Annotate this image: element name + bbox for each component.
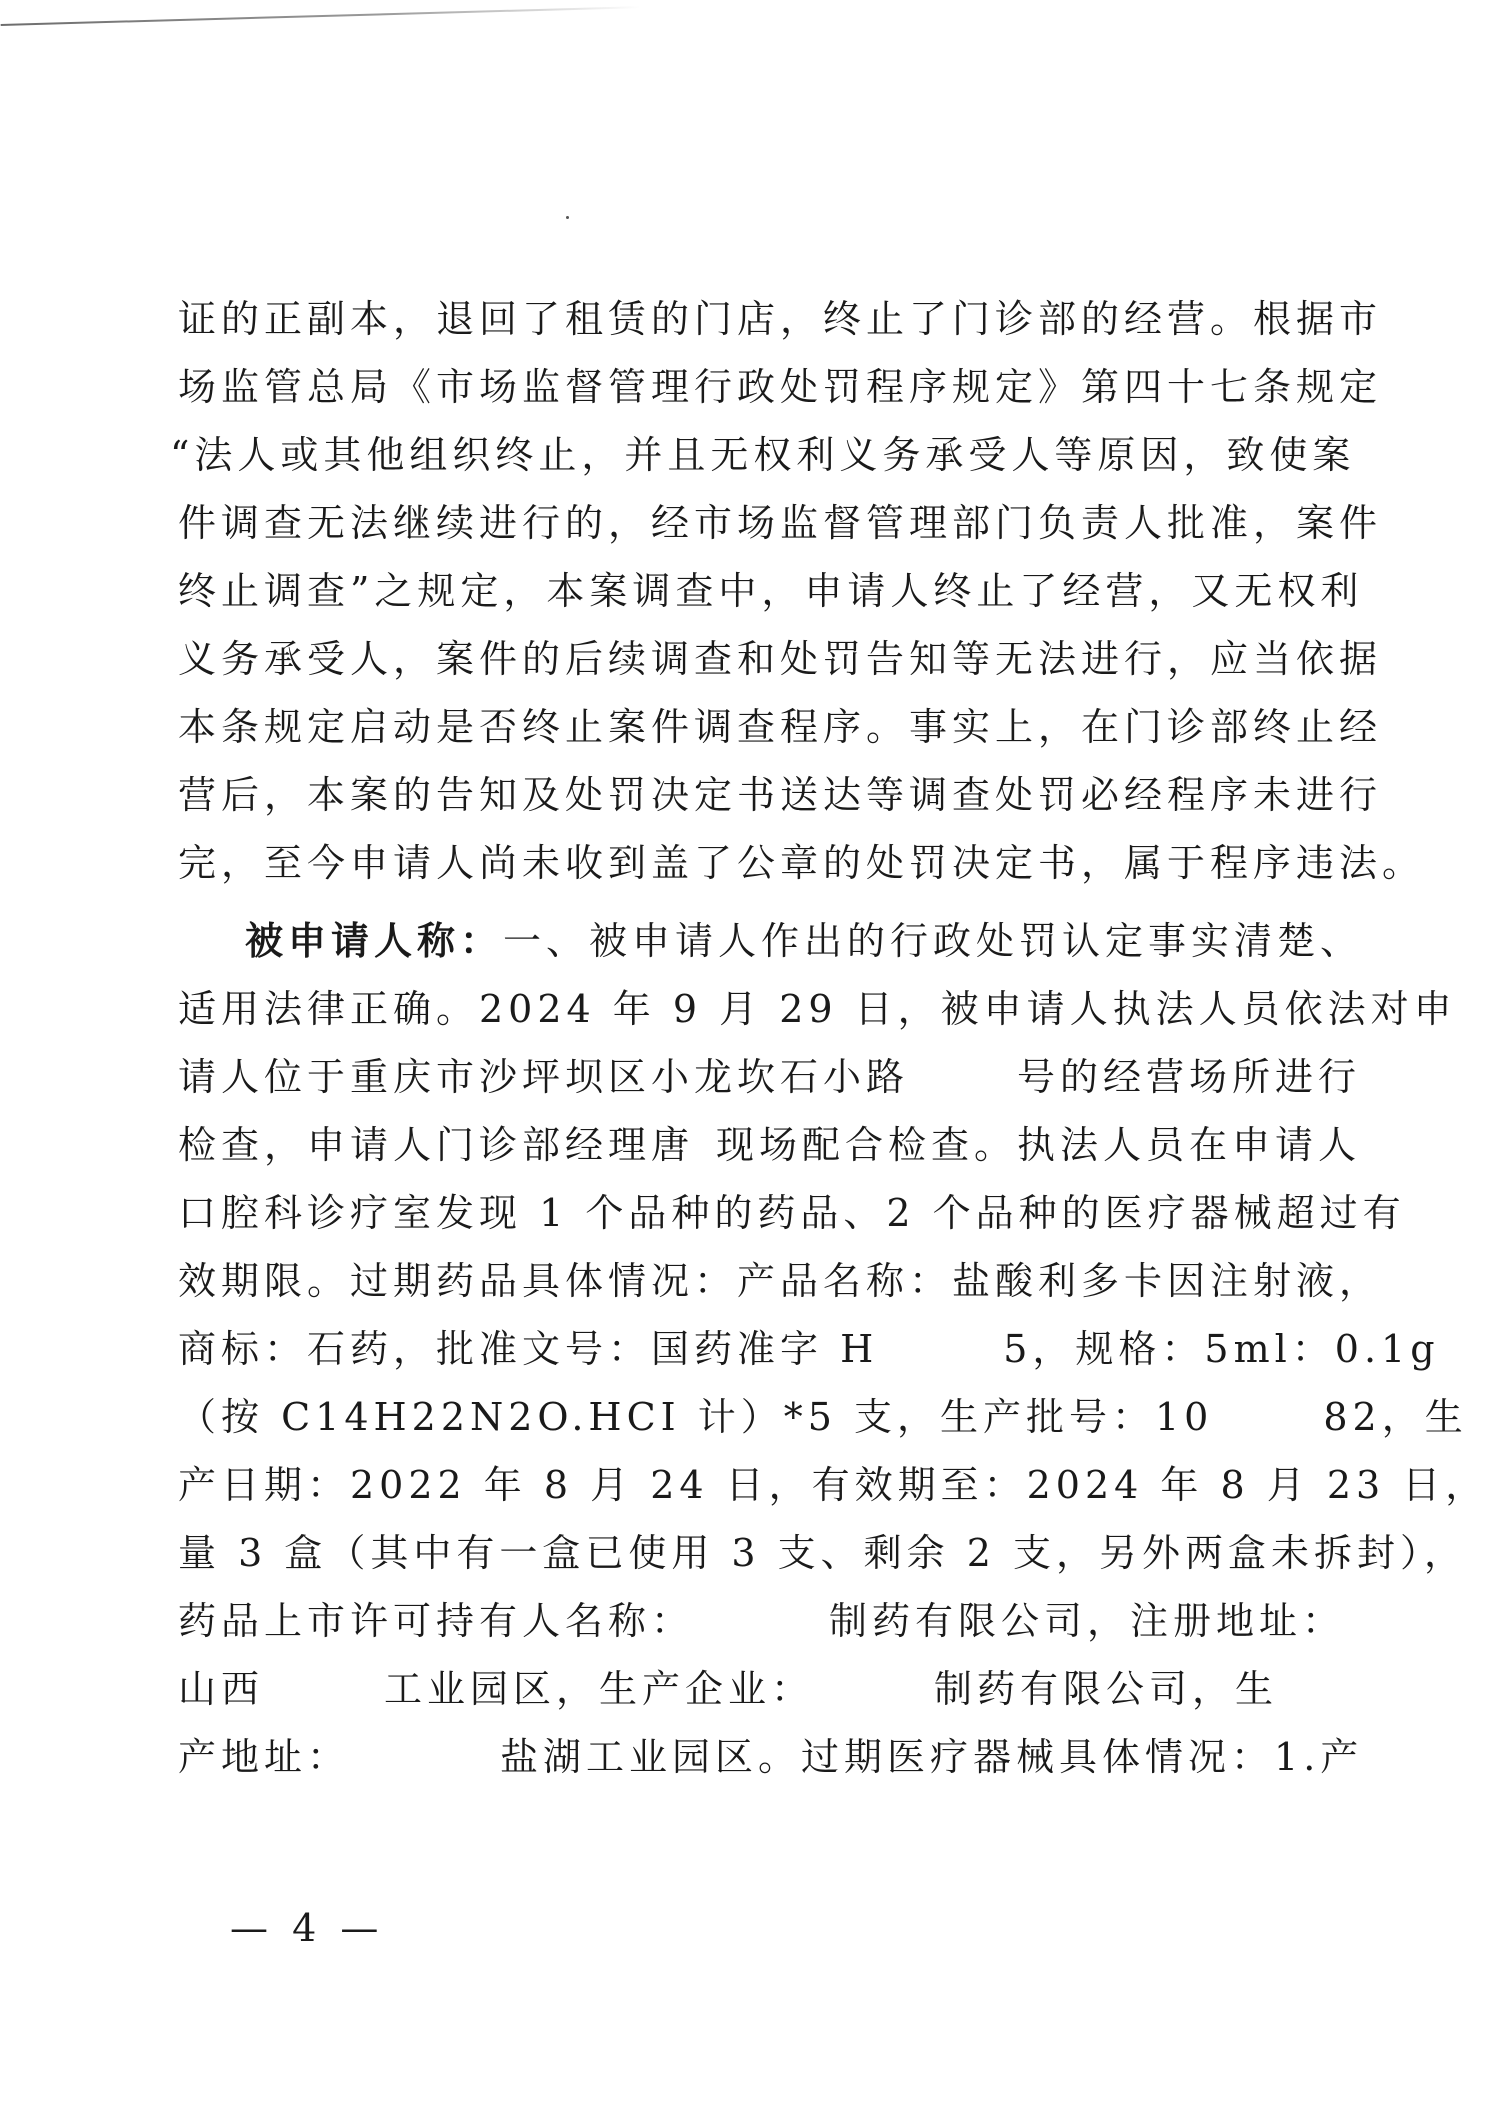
text-segment: 工业园区，生产企业： xyxy=(384,1667,814,1711)
text-line-5: 终止调查”之规定，本案调查中，申请人终止了经营，又无权利 xyxy=(178,568,1278,614)
text-line-9: 完，至今申请人尚未收到盖了公章的处罚决定书，属于程序违法。 xyxy=(178,840,1278,886)
text-segment: 检查，申请人门诊部经理唐 xyxy=(178,1123,694,1167)
text-line-17: （按 C14H22N2O.HCI 计）*5 支，生产批号：1082，生 xyxy=(178,1394,1278,1440)
text-line-15: 效期限。过期药品具体情况：产品名称：盐酸利多卡因注射液， xyxy=(178,1258,1278,1304)
text-segment: 药品上市许可持有人名称： xyxy=(178,1599,694,1643)
text-line-11: 适用法律正确。2024 年 9 月 29 日，被申请人执法人员依法对申 xyxy=(178,986,1278,1032)
text-segment: 盐湖工业园区。过期医疗器械具体情况：1.产 xyxy=(500,1735,1363,1779)
text-line-3: “法人或其他组织终止，并且无权利义务承受人等原因，致使案 xyxy=(170,432,1278,478)
text-line-19: 量 3 盒（其中有一盒已使用 3 支、剩余 2 支，另外两盒未拆封）， xyxy=(178,1530,1278,1576)
text-line-2: 场监管总局《市场监督管理行政处罚程序规定》第四十七条规定 xyxy=(178,364,1278,410)
respondent-statement-text: 一、被申请人作出的行政处罚认定事实清楚、 xyxy=(503,919,1363,963)
text-line-8: 营后，本案的告知及处罚决定书送达等调查处罚必经程序未进行 xyxy=(178,772,1278,818)
text-segment: 制药有限公司，注册地址： xyxy=(829,1599,1345,1643)
text-line-22: 产地址：盐湖工业园区。过期医疗器械具体情况：1.产 xyxy=(178,1734,1278,1780)
text-line-14: 口腔科诊疗室发现 1 个品种的药品、2 个品种的医疗器械超过有 xyxy=(178,1190,1278,1236)
text-line-20: 药品上市许可持有人名称：制药有限公司，注册地址： xyxy=(178,1598,1278,1644)
text-segment: 82，生 xyxy=(1323,1395,1467,1439)
text-line-7: 本条规定启动是否终止案件调查程序。事实上，在门诊部终止经 xyxy=(178,704,1278,750)
text-line-4: 件调查无法继续进行的，经市场监督管理部门负责人批准，案件 xyxy=(178,500,1278,546)
text-line-18: 产日期：2022 年 8 月 24 日，有效期至：2024 年 8 月 23 日… xyxy=(178,1462,1278,1508)
text-segment: 山西 xyxy=(178,1667,264,1711)
text-line-13: 检查，申请人门诊部经理唐现场配合检查。执法人员在申请人 xyxy=(178,1122,1278,1168)
text-line-21: 山西工业园区，生产企业：制药有限公司，生 xyxy=(178,1666,1278,1712)
text-segment: （按 C14H22N2O.HCI 计）*5 支，生产批号：10 xyxy=(178,1395,1213,1439)
text-segment: 制药有限公司，生 xyxy=(934,1667,1278,1711)
respondent-statement-lead: 被申请人称： xyxy=(245,919,503,963)
document-page: 证的正副本，退回了租赁的门店，终止了门诊部的经营。根据市 场监管总局《市场监督管… xyxy=(0,0,1487,2105)
page-number: — 4 — xyxy=(230,1905,384,1951)
text-line-1: 证的正副本，退回了租赁的门店，终止了门诊部的经营。根据市 xyxy=(178,296,1278,342)
text-segment: 商标：石药，批准文号：国药准字 H xyxy=(178,1327,878,1371)
text-line-10: 被申请人称：一、被申请人作出的行政处罚认定事实清楚、 xyxy=(245,918,1278,964)
text-segment: 请人位于重庆市沙坪坝区小龙坎石小路 xyxy=(178,1055,909,1099)
text-segment: 号的经营场所进行 xyxy=(1017,1055,1361,1099)
text-line-12: 请人位于重庆市沙坪坝区小龙坎石小路号的经营场所进行 xyxy=(178,1054,1278,1100)
text-line-6: 义务承受人，案件的后续调查和处罚告知等无法进行，应当依据 xyxy=(178,636,1278,682)
text-line-16: 商标：石药，批准文号：国药准字 H5，规格：5ml：0.1g xyxy=(178,1326,1278,1372)
text-segment: 现场配合检查。执法人员在申请人 xyxy=(716,1123,1361,1167)
text-segment: 产地址： xyxy=(178,1735,350,1779)
text-segment: 5，规格：5ml：0.1g xyxy=(1003,1327,1439,1371)
